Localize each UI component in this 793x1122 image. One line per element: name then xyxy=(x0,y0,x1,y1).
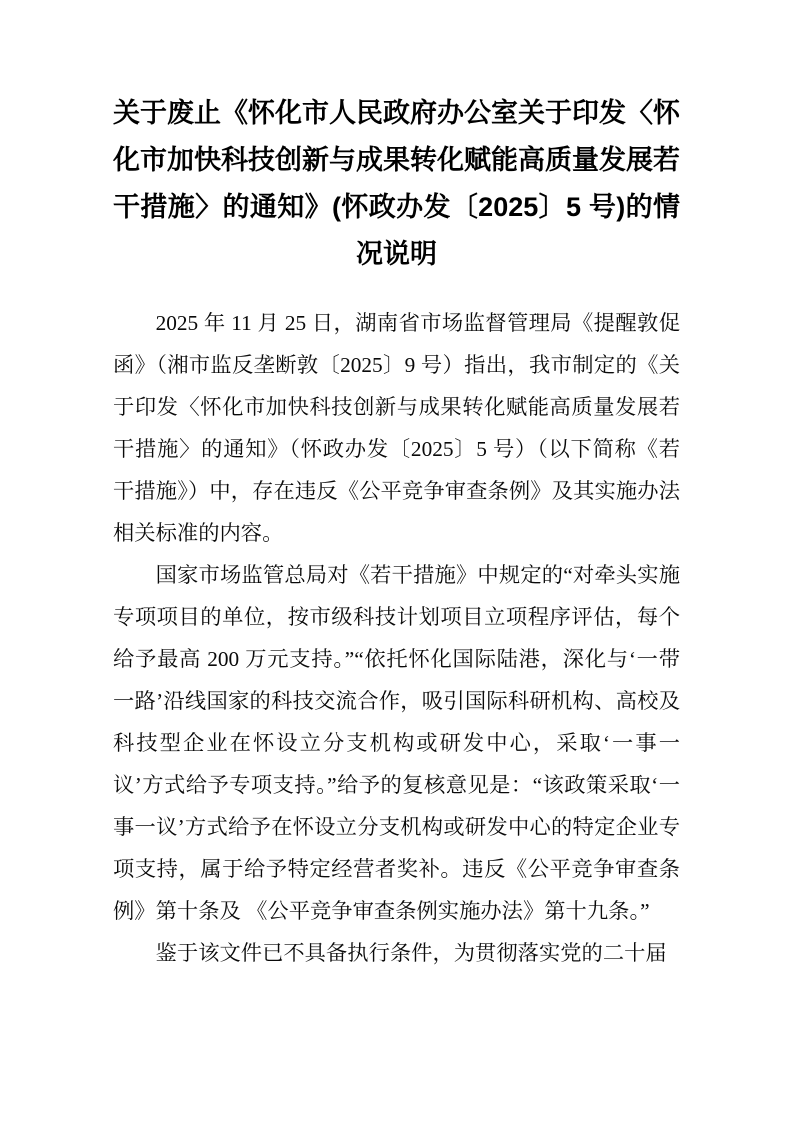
document-title: 关于废止《怀化市人民政府办公室关于印发〈怀化市加快科技创新与成果转化赋能高质量发… xyxy=(113,90,680,278)
paragraph: 国家市场监管总局对《若干措施》中规定的“对牵头实施专项项目的单位，按市级科技计划… xyxy=(113,554,680,932)
document-page: 关于废止《怀化市人民政府办公室关于印发〈怀化市加快科技创新与成果转化赋能高质量发… xyxy=(0,0,793,1122)
document-body: 2025 年 11 月 25 日，湖南省市场监督管理局《提醒敦促函》（湘市监反垄… xyxy=(113,302,680,974)
paragraph: 2025 年 11 月 25 日，湖南省市场监督管理局《提醒敦促函》（湘市监反垄… xyxy=(113,302,680,554)
paragraph: 鉴于该文件已不具备执行条件，为贯彻落实党的二十届 xyxy=(113,932,680,974)
